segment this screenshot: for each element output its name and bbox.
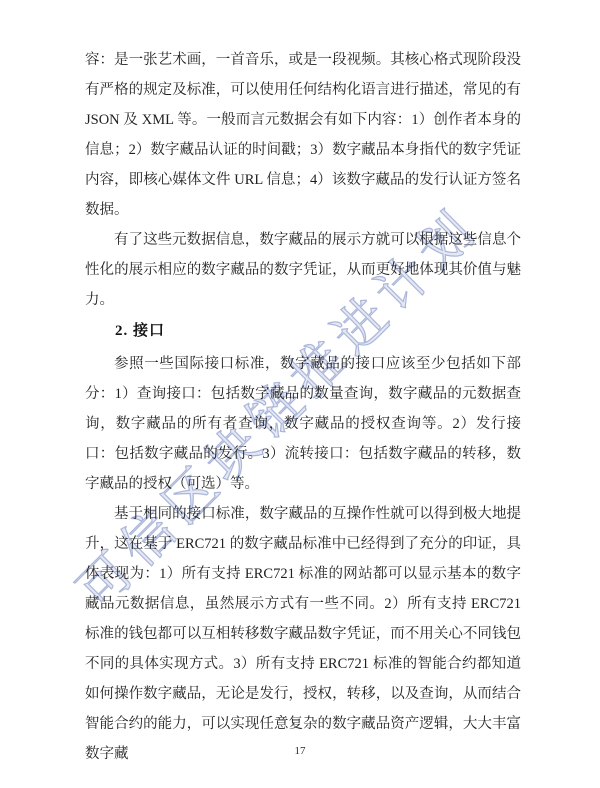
document-page: 可信区块链推进计划 容：是一张艺术画，一首音乐，或是一段视频。其核心格式现阶段没…	[0, 0, 600, 788]
section-heading-interface: 2. 接口	[85, 316, 521, 346]
page-content: 容：是一张艺术画，一首音乐，或是一段视频。其核心格式现阶段没有严格的规定及标准，…	[85, 45, 521, 769]
page-number: 17	[0, 745, 600, 757]
paragraph-metadata-display: 有了这些元数据信息，数字藏品的展示方就可以根据这些信息个性化的展示相应的数字藏品…	[85, 225, 521, 315]
paragraph-erc721-interoperability: 基于相同的接口标准，数字藏品的互操作性就可以得到极大地提升，这在基于 ERC72…	[85, 499, 521, 769]
paragraph-interface-standards: 参照一些国际接口标准，数字藏品的接口应该至少包括如下部分：1）查询接口：包括数字…	[85, 349, 521, 499]
paragraph-metadata-continuation: 容：是一张艺术画，一首音乐，或是一段视频。其核心格式现阶段没有严格的规定及标准，…	[85, 45, 521, 225]
